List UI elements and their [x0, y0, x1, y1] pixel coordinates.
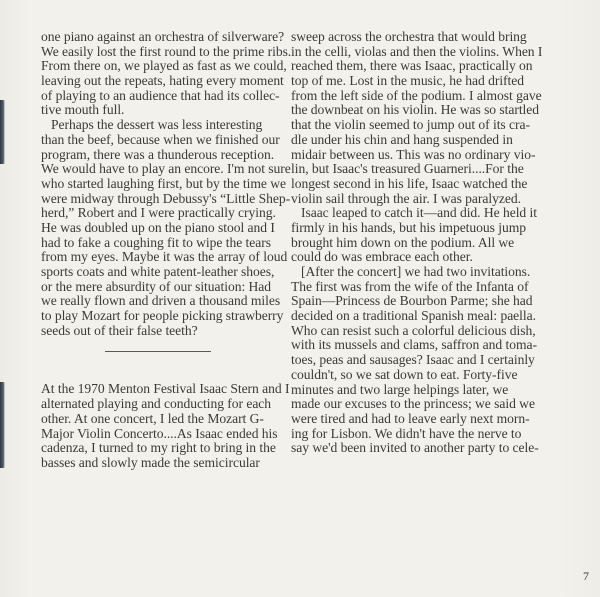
left-edge-mark-upper [0, 100, 5, 164]
text-line: tive mouth full. [41, 103, 281, 118]
paragraph-silverware: one piano against an orchestra of silver… [41, 30, 281, 118]
text-line: were midway through Debussy's “Little Sh… [41, 192, 281, 207]
paragraph-menton-festival: At the 1970 Menton Festival Isaac Stern … [41, 382, 281, 470]
text-line: could do was embrace each other. [291, 250, 525, 265]
text-line: than the beef, because when we finished … [41, 133, 281, 148]
text-line: of playing to an audience that had its c… [41, 89, 281, 104]
text-line: the downbeat on his violin. He was so st… [291, 103, 525, 118]
text-line: Major Violin Concerto....As Isaac ended … [41, 427, 281, 442]
text-line: He was doubled up on the piano stool and… [41, 221, 281, 236]
text-line: Perhaps the dessert was less interesting [41, 118, 281, 133]
text-line: other. At one concert, I led the Mozart … [41, 412, 281, 427]
text-line: had to fake a coughing fit to wipe the t… [41, 236, 281, 251]
text-line: dle under his chin and hang suspended in [291, 133, 525, 148]
right-text-column: sweep across the orchestra that would br… [291, 30, 525, 456]
text-line: We would have to play an encore. I'm not… [41, 162, 281, 177]
text-line: were tired and had to leave early next m… [291, 412, 525, 427]
page-number: 7 [583, 569, 589, 584]
text-line: [After the concert] we had two invitatio… [291, 265, 525, 280]
text-line: program, there was a thunderous receptio… [41, 148, 281, 163]
text-line: From there on, we played as fast as we c… [41, 59, 281, 74]
text-line: sports coats and white patent-leather sh… [41, 265, 281, 280]
text-line: Who can resist such a colorful delicious… [291, 324, 525, 339]
text-line: we really flown and driven a thousand mi… [41, 294, 281, 309]
text-line: made our excuses to the princess; we sai… [291, 397, 525, 412]
text-line: sweep across the orchestra that would br… [291, 30, 525, 45]
text-line: to play Mozart for people picking strawb… [41, 309, 281, 324]
section-divider [41, 338, 281, 382]
text-line: longest second in his life, Isaac watche… [291, 177, 525, 192]
left-edge-mark-lower [0, 382, 5, 468]
text-line: couldn't, so we sat down to eat. Forty-f… [291, 368, 525, 383]
left-text-column: one piano against an orchestra of silver… [41, 30, 281, 471]
text-line: midair between us. This was no ordinary … [291, 148, 525, 163]
text-line: Spain—Princess de Bourbon Parme; she had [291, 294, 525, 309]
paragraph-invitations: [After the concert] we had two invitatio… [291, 265, 525, 456]
text-line: from my eyes. Maybe it was the array of … [41, 250, 281, 265]
text-line: toes, peas and sausages? Isaac and I cer… [291, 353, 525, 368]
text-line: cadenza, I turned to my right to bring i… [41, 441, 281, 456]
text-line: seeds out of their false teeth? [41, 324, 281, 339]
text-line: Isaac leaped to catch it—and did. He hel… [291, 206, 525, 221]
text-line: one piano against an orchestra of silver… [41, 30, 281, 45]
text-line: The first was from the wife of the Infan… [291, 280, 525, 295]
text-line: alternated playing and conducting for ea… [41, 397, 281, 412]
text-line: say we'd been invited to another party t… [291, 441, 525, 456]
text-line: top of me. Lost in the music, he had dri… [291, 74, 525, 89]
text-line: At the 1970 Menton Festival Isaac Stern … [41, 382, 281, 397]
divider-rule [105, 351, 211, 352]
text-line: We easily lost the first round to the pr… [41, 45, 281, 60]
text-line: ing for Lisbon. We didn't have the nerve… [291, 427, 525, 442]
text-line: basses and slowly made the semicircular [41, 456, 281, 471]
text-line: minutes and two large helpings later, we [291, 383, 525, 398]
text-line: with its mussels and clams, saffron and … [291, 338, 525, 353]
paragraph-catch: Isaac leaped to catch it—and did. He hel… [291, 206, 525, 265]
text-line: in the celli, violas and then the violin… [291, 45, 525, 60]
text-line: who started laughing first, but by the t… [41, 177, 281, 192]
text-line: lin, but Isaac's treasured Guarneri....F… [291, 162, 525, 177]
text-line: decided on a traditional Spanish meal: p… [291, 309, 525, 324]
text-line: brought him down on the podium. All we [291, 236, 525, 251]
text-line: or the mere absurdity of our situation: … [41, 280, 281, 295]
text-line: leaving out the repeats, hating every mo… [41, 74, 281, 89]
text-line: from the left side of the podium. I almo… [291, 89, 525, 104]
text-line: herd,” Robert and I were practically cry… [41, 206, 281, 221]
text-line: firmly in his hands, but his impetuous j… [291, 221, 525, 236]
booklet-page: one piano against an orchestra of silver… [0, 0, 600, 597]
text-line: violin sail through the air. I was paral… [291, 192, 525, 207]
paragraph-violin-sweep: sweep across the orchestra that would br… [291, 30, 525, 206]
text-line: reached them, there was Isaac, practical… [291, 59, 525, 74]
paragraph-dessert: Perhaps the dessert was less interesting… [41, 118, 281, 338]
text-line: that the violin seemed to jump out of it… [291, 118, 525, 133]
